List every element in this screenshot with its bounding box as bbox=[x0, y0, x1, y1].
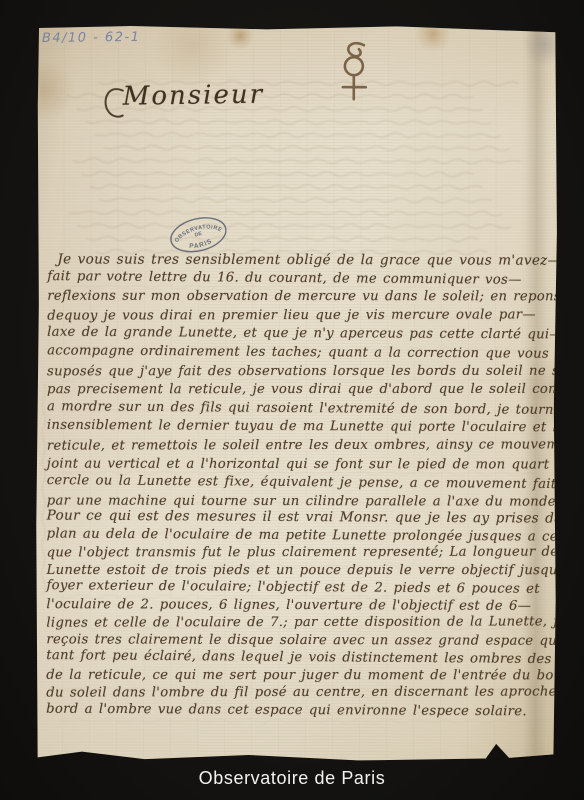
manuscript-line: reflexions sur mon observation de mercur… bbox=[47, 288, 549, 307]
salutation-row: Monsieur bbox=[101, 80, 264, 124]
archival-shelfmark: B4/10 - 62-1 bbox=[42, 30, 141, 46]
manuscript-line: reticule, et remettois le soleil entre l… bbox=[47, 436, 549, 456]
manuscript-line: tant fort peu éclairé, dans lequel je vo… bbox=[46, 647, 548, 668]
manuscript-line: lignes et celle de l'oculaire de 7.; par… bbox=[46, 613, 548, 632]
letter-paragraph-2: Pour ce qui est des mesures il est vrai … bbox=[46, 508, 549, 719]
photo-caption: Observatoire de Paris bbox=[0, 768, 584, 789]
manuscript-line: pas precisement la reticule, je vous dir… bbox=[47, 381, 549, 400]
letter-paragraph-1: Je vous suis tres sensiblement obligé de… bbox=[47, 250, 550, 512]
manuscript-line: de la reticule, ce qui me sert pour juge… bbox=[46, 666, 548, 684]
manuscript-line: plan au dela de l'oculaire de ma petite … bbox=[47, 525, 549, 546]
manuscript-line: Je vous suis tres sensiblement obligé de… bbox=[47, 250, 549, 270]
manuscript-line: fait par votre lettre du 16. du courant,… bbox=[47, 268, 549, 291]
manuscript-line: bord a l'ombre vue dans cet espace qui e… bbox=[46, 700, 548, 720]
manuscript-line: suposés que j'aye fait des observations … bbox=[47, 362, 549, 381]
manuscript-line: insensiblement le dernier tuyau de ma Lu… bbox=[47, 417, 549, 438]
manuscript-line: dequoy je vous dirai en premier lieu que… bbox=[47, 306, 549, 326]
manuscript-page: B4/10 - 62-1 OBSERVATOIRE DE PARIS bbox=[35, 24, 558, 761]
manuscript-line: du soleil dans l'ombre du fil posé au ce… bbox=[46, 683, 548, 702]
manuscript-line: que l'object transmis fut le plus claire… bbox=[47, 544, 549, 562]
manuscript-line: l'oculaire de 2. pouces, 6 lignes, l'ouv… bbox=[46, 596, 548, 615]
stamp-text-middle: DE bbox=[194, 231, 203, 239]
manuscript-line: accompagne ordinairement les taches; qua… bbox=[47, 342, 549, 364]
salutation-text: Monsieur bbox=[123, 80, 265, 112]
manuscript-line: foyer exterieur de l'oculaire; l'objecti… bbox=[46, 577, 548, 598]
photo-background: B4/10 - 62-1 OBSERVATOIRE DE PARIS bbox=[0, 0, 584, 800]
manuscript-line: Lunette estoit de trois pieds et un pouc… bbox=[47, 561, 549, 579]
manuscript-line: cercle ou la Lunette est fixe, équivalen… bbox=[47, 472, 549, 495]
mercury-symbol-icon bbox=[340, 41, 372, 105]
